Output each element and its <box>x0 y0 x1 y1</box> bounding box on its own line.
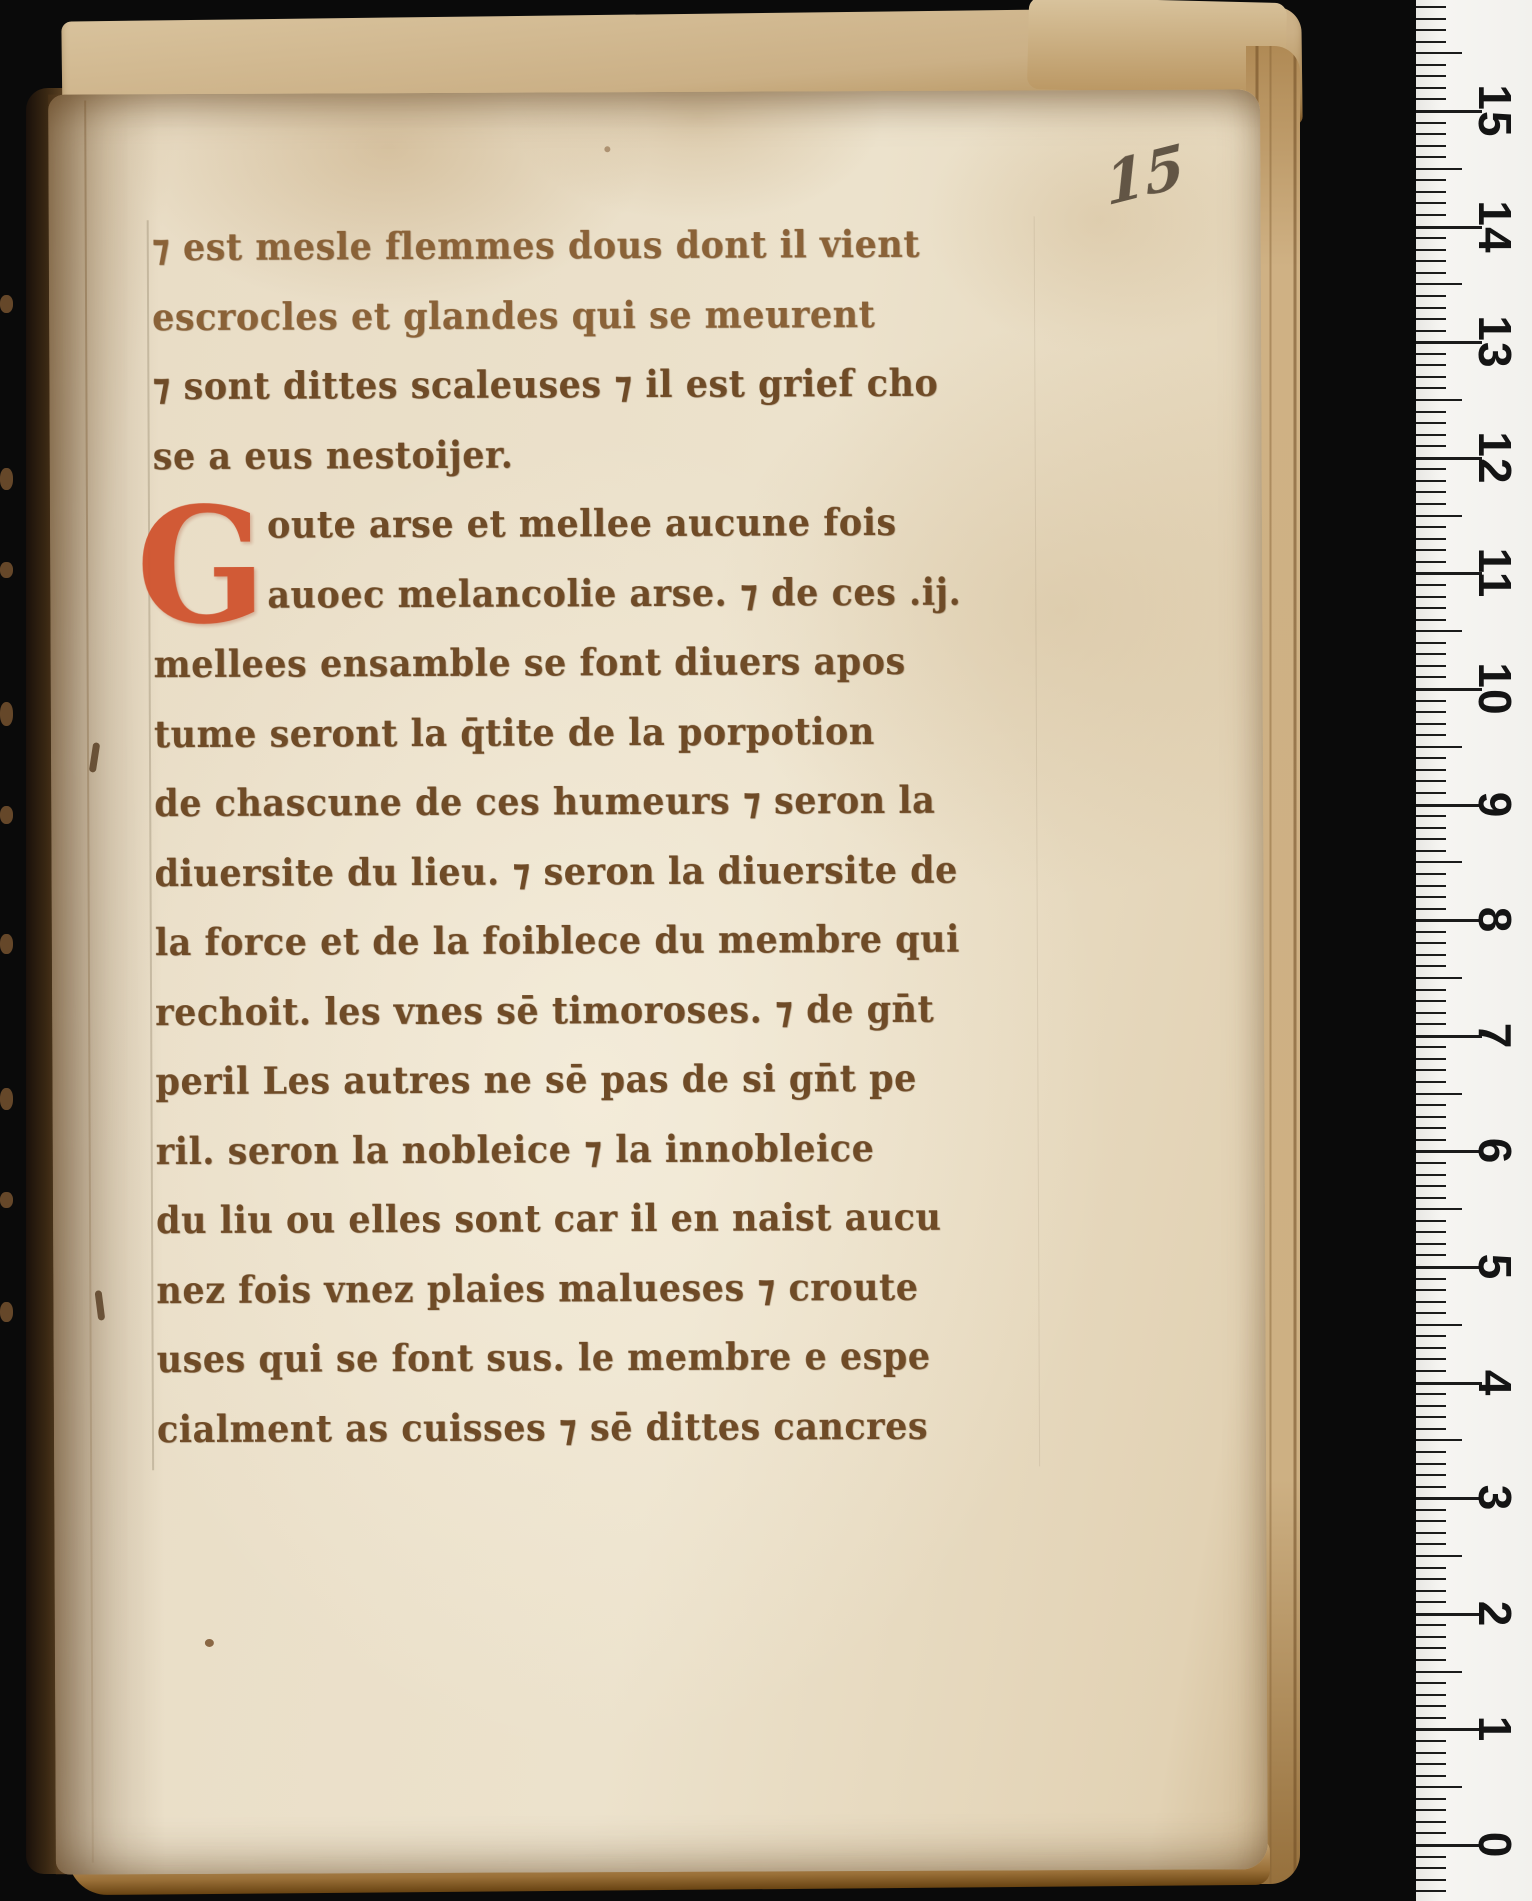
ruler-tick <box>1416 1185 1446 1187</box>
ruler-tick <box>1416 1717 1446 1719</box>
ruler-tick <box>1416 757 1446 759</box>
ruler-tick <box>1416 1358 1446 1360</box>
ruler-tick <box>1416 561 1446 563</box>
ruler-tick <box>1416 989 1446 991</box>
ruler-tick <box>1416 792 1446 794</box>
ruler-label: 1 <box>1472 1716 1518 1743</box>
ruler-tick <box>1416 1405 1446 1407</box>
ruler-tick <box>1416 434 1446 436</box>
ruler-tick <box>1416 1532 1446 1534</box>
ruler-tick <box>1416 850 1446 852</box>
ruler-label: 15 <box>1472 84 1518 137</box>
ruler-tick <box>1416 1601 1446 1603</box>
manuscript-photo: 15 G ⁊ est mesle flemmes dous dont il vi… <box>0 0 1532 1901</box>
text-line: escrocles et glandes qui se meurent <box>152 295 875 336</box>
ruler-tick <box>1416 330 1446 332</box>
ruler-tick <box>1416 191 1446 193</box>
ruler-tick <box>1416 75 1446 77</box>
ruler-tick <box>1416 676 1446 678</box>
ruler-tick <box>1416 260 1446 262</box>
ruler-tick <box>1416 1012 1446 1014</box>
ruler-tick <box>1416 1486 1446 1488</box>
text-line: de chascune de ces humeurs ⁊ seron la <box>154 782 935 823</box>
ruler-tick <box>1416 1705 1446 1707</box>
text-line: diuersite du lieu. ⁊ seron la diuersite … <box>154 851 957 892</box>
ruler-tick <box>1416 376 1446 378</box>
ruler-tick <box>1416 307 1446 309</box>
ruler-tick <box>1416 734 1446 736</box>
ruler-label: 12 <box>1472 431 1518 484</box>
ruler-tick <box>1416 364 1446 366</box>
ruler-tick <box>1416 931 1446 933</box>
ruler-tick <box>1416 549 1446 551</box>
text-line: ⁊ est mesle flemmes dous dont il vient <box>152 226 920 267</box>
ink-speck <box>604 146 610 152</box>
ruler-tick <box>1416 145 1446 147</box>
ruler-tick <box>1416 468 1446 470</box>
ruler-tick <box>1416 1127 1446 1129</box>
ruler-tick <box>1416 723 1446 725</box>
facing-page-text-fragment <box>0 934 13 954</box>
ruler-tick <box>1416 1775 1446 1777</box>
ruler-tick <box>1416 87 1446 89</box>
ruler-tick <box>1416 908 1446 910</box>
ruler-tick <box>1416 399 1462 401</box>
ruler-tick <box>1416 1347 1446 1349</box>
ruler-label: 6 <box>1472 1138 1518 1165</box>
ruler-tick <box>1416 815 1446 817</box>
ruler-tick <box>1416 1023 1446 1025</box>
ruler-tick <box>1416 1647 1446 1649</box>
ruler-tick <box>1416 1567 1446 1569</box>
ruler-tick <box>1416 746 1462 748</box>
ruler-tick <box>1416 411 1446 413</box>
ruler-tick <box>1416 596 1446 598</box>
ruler-tick <box>1416 1578 1446 1580</box>
facing-page-text-fragment <box>0 702 13 726</box>
ruler-tick <box>1416 202 1446 204</box>
ruler-tick <box>1416 1093 1462 1095</box>
ruler-tick <box>1416 1393 1446 1395</box>
ruler-tick <box>1416 1832 1446 1834</box>
facing-page-text-fragment <box>0 468 13 490</box>
ruler-tick <box>1416 1879 1446 1881</box>
text-line: la force et de la foiblece du membre qui <box>155 920 960 961</box>
ruler-tick <box>1416 1671 1462 1673</box>
ruler-tick <box>1416 642 1446 644</box>
ruler-tick <box>1416 52 1462 54</box>
ruler-tick <box>1416 29 1446 31</box>
manuscript-page: 15 G ⁊ est mesle flemmes dous dont il vi… <box>48 89 1268 1874</box>
facing-page-text-fragment <box>0 1302 13 1322</box>
ruler-tick <box>1416 1162 1446 1164</box>
ruler-label: 8 <box>1472 907 1518 934</box>
ink-speck <box>205 1639 214 1647</box>
ruler-tick <box>1416 1786 1462 1788</box>
ruler-tick <box>1416 1046 1446 1048</box>
ruler-tick <box>1416 318 1446 320</box>
ruler-tick <box>1416 1555 1462 1557</box>
ruler-tick <box>1416 1208 1462 1210</box>
ruler-tick <box>1416 1104 1446 1106</box>
ruler-tick <box>1416 1451 1446 1453</box>
ruler-label: 11 <box>1472 548 1518 599</box>
text-line: ⁊ sont dittes scaleuses ⁊ il est grief c… <box>152 365 938 406</box>
ruler-tick <box>1416 942 1446 944</box>
ruler-tick <box>1416 387 1446 389</box>
ruler-tick <box>1416 526 1446 528</box>
ruler-tick <box>1416 1890 1446 1892</box>
ruler-tick <box>1416 838 1446 840</box>
ruler-tick <box>1416 1659 1446 1661</box>
ruler-tick <box>1416 1809 1446 1811</box>
text-line: oute arse et mellee aucune fois <box>267 504 897 544</box>
ruler-tick <box>1416 538 1446 540</box>
ruler-label: 10 <box>1472 662 1518 715</box>
ruler-tick <box>1416 156 1446 158</box>
ruler-label: 9 <box>1472 791 1518 818</box>
ruler-tick <box>1416 954 1446 956</box>
ruler-tick <box>1416 98 1446 100</box>
text-line: auoec melancolie arse. ⁊ de ces .ij. <box>267 573 961 613</box>
ruler-tick <box>1416 1243 1446 1245</box>
ruler-tick <box>1416 1174 1446 1176</box>
ruler-tick <box>1416 1220 1446 1222</box>
ruler-tick <box>1416 1798 1446 1800</box>
ruler-tick <box>1416 1856 1446 1858</box>
ruler-label: 3 <box>1472 1485 1518 1512</box>
ruler-tick <box>1416 480 1446 482</box>
ruler-tick <box>1416 1000 1446 1002</box>
ruler-tick <box>1416 41 1446 43</box>
ruler-tick <box>1416 1278 1446 1280</box>
facing-page-text-fragment <box>0 806 13 824</box>
ruler-tick <box>1416 237 1446 239</box>
facing-page-text-fragment <box>0 1192 13 1208</box>
ruler-tick <box>1416 1474 1446 1476</box>
facing-page-text-fragment <box>0 562 13 578</box>
ruler-tick <box>1416 1520 1446 1522</box>
ruler-tick <box>1416 1439 1462 1441</box>
ruler-tick <box>1416 1231 1446 1233</box>
ruler-tick <box>1416 1763 1446 1765</box>
ruler-tick <box>1416 18 1446 20</box>
ruler-tick <box>1416 1509 1446 1511</box>
ruler-tick <box>1416 214 1446 216</box>
ruler-tick <box>1416 1139 1446 1141</box>
text-line: tume seront la q̄tite de la porpotion <box>154 712 875 753</box>
ruler-tick <box>1416 1370 1446 1372</box>
ruler-tick <box>1416 665 1446 667</box>
text-block: ⁊ est mesle flemmes dous dont il vientes… <box>152 226 1078 1570</box>
ruler-tick <box>1416 179 1446 181</box>
ruler-tick <box>1416 1289 1446 1291</box>
ruler-tick <box>1416 1694 1446 1696</box>
ruler-tick <box>1416 283 1462 285</box>
text-line: mellees ensamble se font diuers apos <box>154 643 906 684</box>
ruler-tick <box>1416 1752 1446 1754</box>
ruler-tick <box>1416 1740 1446 1742</box>
ruler-tick <box>1416 1081 1446 1083</box>
text-line: nez fois vnez plaies malueses ⁊ croute <box>156 1268 918 1309</box>
ruler-tick <box>1416 272 1446 274</box>
ruler-tick <box>1416 1254 1446 1256</box>
facing-page-text-fragment <box>0 295 13 313</box>
ruler-tick <box>1416 249 1446 251</box>
ruler-tick <box>1416 1636 1446 1638</box>
ruler-tick <box>1416 619 1446 621</box>
ruler-tick <box>1416 1324 1462 1326</box>
ruler-tick <box>1416 1069 1446 1071</box>
text-line: ril. seron la nobleice ⁊ la innobleice <box>156 1129 875 1170</box>
ruler-label: 2 <box>1472 1601 1518 1628</box>
ruler-tick <box>1416 445 1446 447</box>
ruler-tick <box>1416 1335 1446 1337</box>
ruler-tick <box>1416 295 1446 297</box>
ruler-tick <box>1416 1116 1446 1118</box>
ruler-label: 13 <box>1472 316 1518 369</box>
text-line: uses qui se font sus. le membre e espe <box>157 1338 931 1379</box>
ruler-tick <box>1416 630 1462 632</box>
ruler-tick <box>1416 1058 1446 1060</box>
measurement-ruler: 0123456789101112131415 <box>1416 0 1532 1901</box>
ruler-tick <box>1416 1867 1446 1869</box>
ruler-tick <box>1416 1197 1446 1199</box>
ruler-tick <box>1416 515 1462 517</box>
ruler-tick <box>1416 584 1446 586</box>
ruler-tick <box>1416 1463 1446 1465</box>
ruler-tick <box>1416 977 1462 979</box>
text-line: cialment as cuisses ⁊ sē dittes cancres <box>157 1407 928 1448</box>
ruler-tick <box>1416 653 1446 655</box>
folio-number: 15 <box>1104 136 1187 215</box>
ruler-tick <box>1416 353 1446 355</box>
ruler-tick <box>1416 1590 1446 1592</box>
ruler-tick <box>1416 6 1446 8</box>
ruler-label: 4 <box>1472 1369 1518 1396</box>
ruler-tick <box>1416 491 1446 493</box>
ruler-tick <box>1416 503 1446 505</box>
ruler-tick <box>1416 965 1446 967</box>
ruler-label: 14 <box>1472 200 1518 253</box>
ruler-tick <box>1416 780 1446 782</box>
ruler-tick <box>1416 873 1446 875</box>
ruler-tick <box>1416 1312 1446 1314</box>
ruler-tick <box>1416 133 1446 135</box>
ruler-tick <box>1416 607 1446 609</box>
text-line: du liu ou elles sont car il en naist auc… <box>156 1199 941 1240</box>
ruler-tick <box>1416 896 1446 898</box>
text-line: se a eus nestoijer. <box>153 436 514 475</box>
ruler-tick <box>1416 1543 1446 1545</box>
ruler-tick <box>1416 422 1446 424</box>
ruler-tick <box>1416 1682 1446 1684</box>
ruler-tick <box>1416 769 1446 771</box>
ruler-tick <box>1416 711 1446 713</box>
ruler-tick <box>1416 1624 1446 1626</box>
ruler-tick <box>1416 64 1446 66</box>
ruler-tick <box>1416 1301 1446 1303</box>
facing-page-text-fragment <box>0 1088 13 1110</box>
ruler-tick <box>1416 700 1446 702</box>
ruler-tick <box>1416 1416 1446 1418</box>
text-line: peril Les autres ne sē pas de si gn̄t pe <box>155 1060 916 1101</box>
ruler-tick <box>1416 827 1446 829</box>
text-line: rechoit. les vnes sē timoroses. ⁊ de gn̄… <box>155 990 934 1031</box>
ruler-tick <box>1416 885 1446 887</box>
ruler-tick <box>1416 1821 1446 1823</box>
ruler-tick <box>1416 168 1462 170</box>
ruler-tick <box>1416 122 1446 124</box>
ruler-label: 0 <box>1472 1832 1518 1859</box>
ruler-tick <box>1416 861 1462 863</box>
ruler-label: 5 <box>1472 1254 1518 1281</box>
ruler-tick <box>1416 1428 1446 1430</box>
ruler-label: 7 <box>1472 1023 1518 1050</box>
